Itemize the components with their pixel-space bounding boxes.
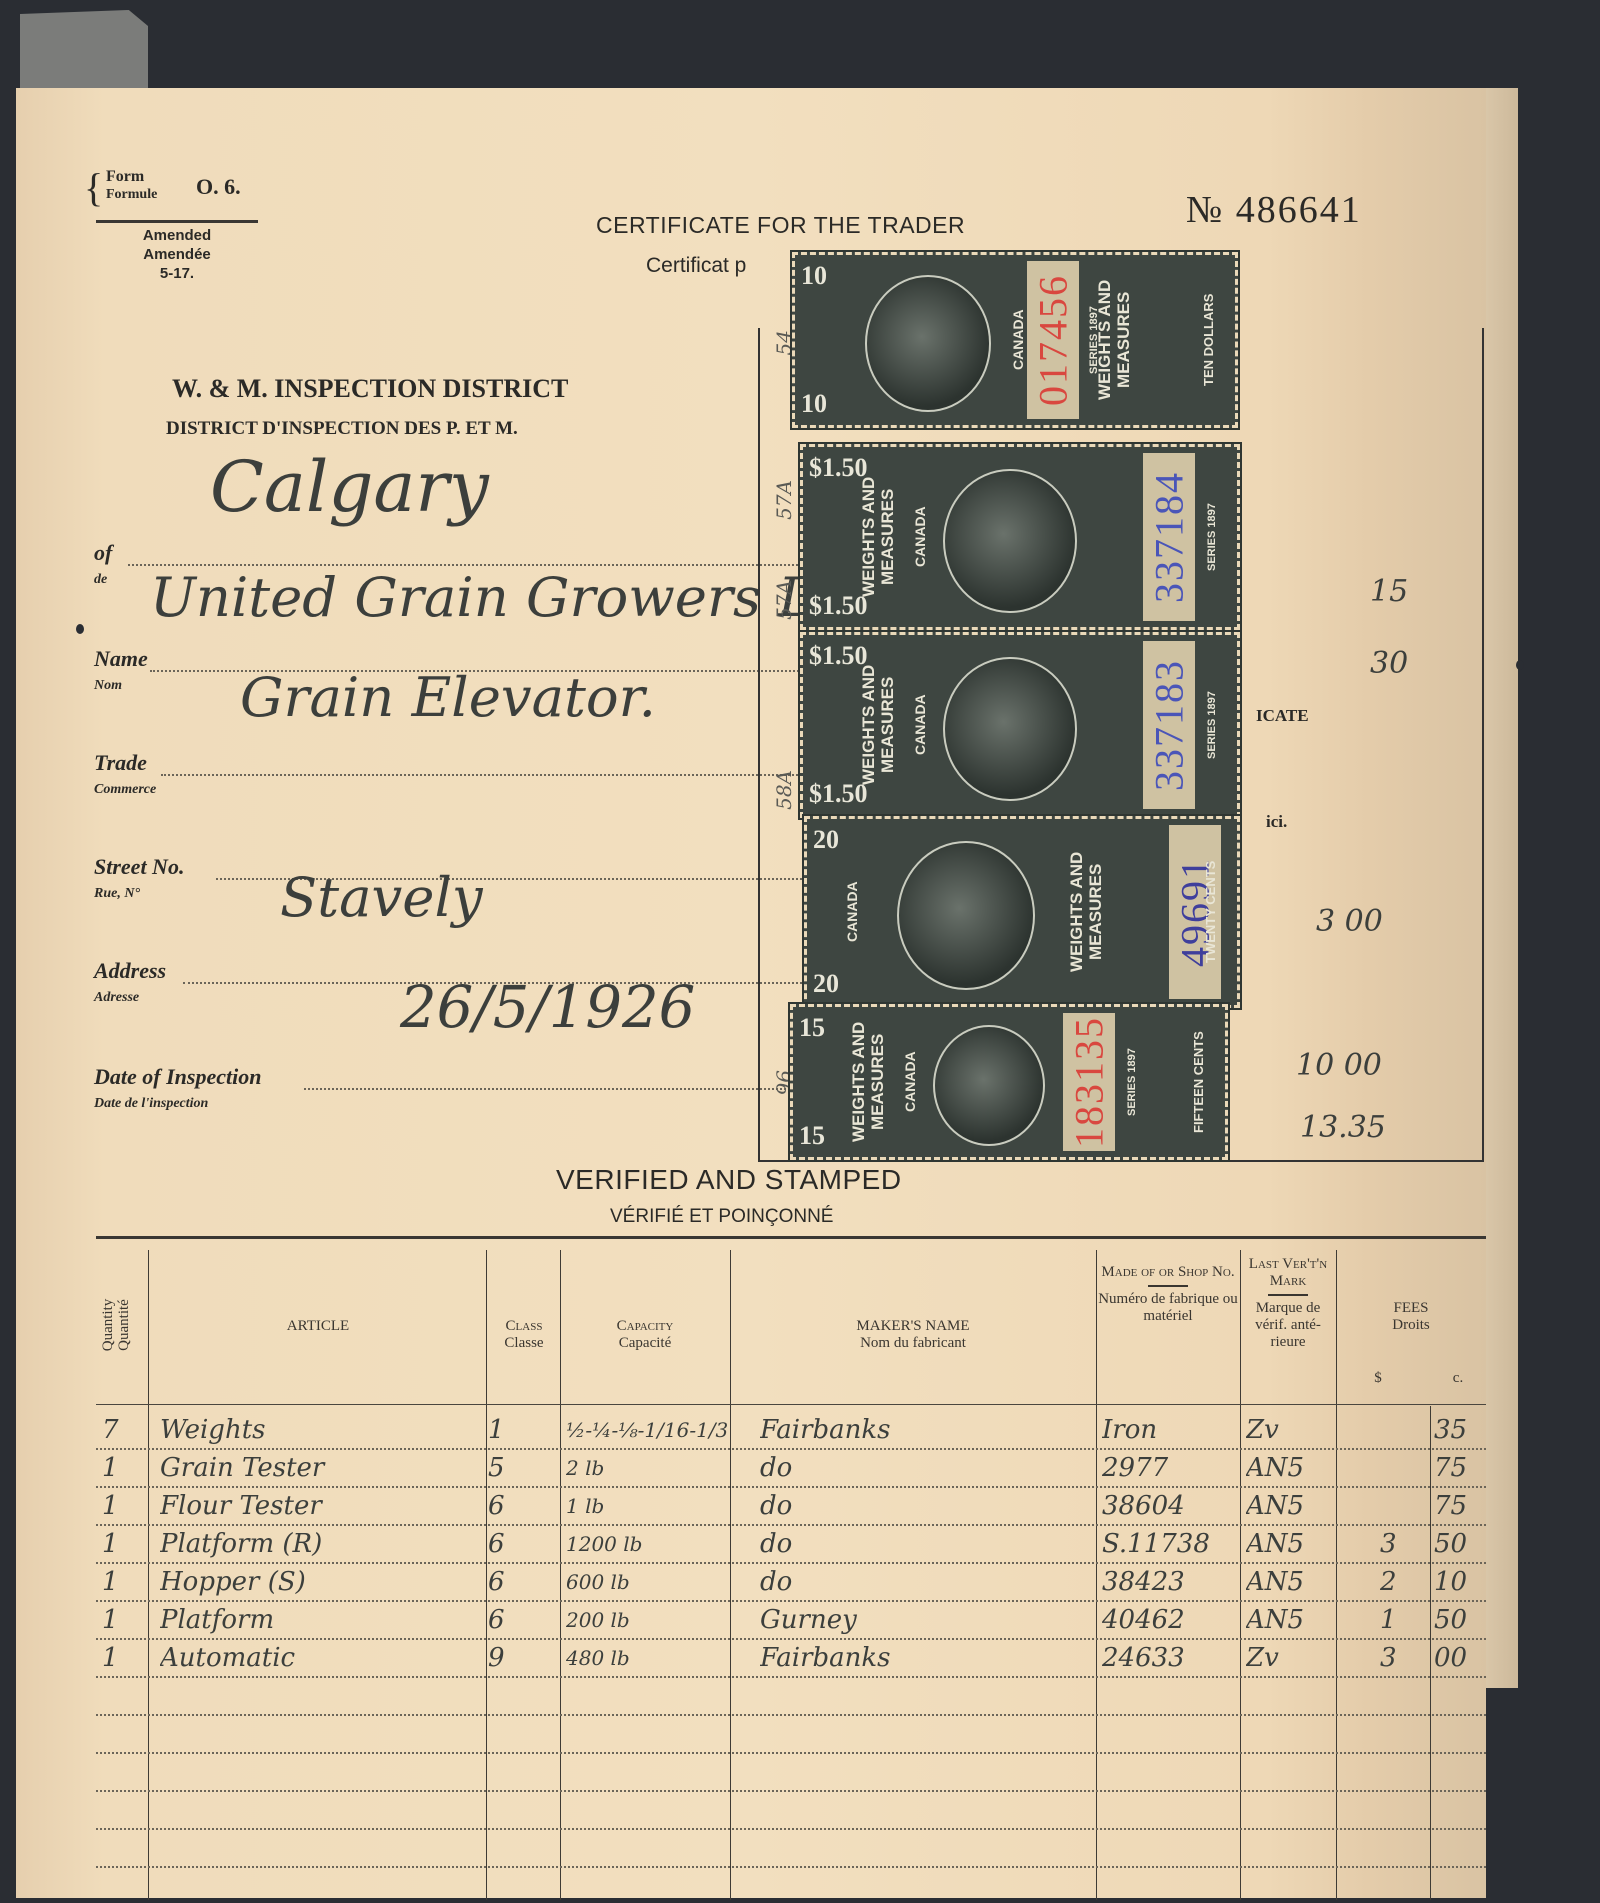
cell-class: 5	[488, 1448, 548, 1488]
stamp-series: SERIES 1897	[1085, 269, 1103, 411]
cell-maker: Gurney	[760, 1600, 1090, 1640]
cell-last-mark: AN5	[1246, 1448, 1334, 1488]
stamp-value: 15	[799, 1121, 825, 1151]
cell-qty: 1	[102, 1562, 146, 1602]
header-article: ARTICLE	[148, 1318, 488, 1335]
stamp-title: WEIGHTS AND MEASURES	[1067, 825, 1107, 999]
col-divider	[148, 1250, 149, 1900]
col-divider	[1336, 1250, 1337, 1900]
field-label-0: of	[94, 540, 112, 566]
row-dotted-rule	[96, 1790, 1486, 1792]
form-code: O. 6.	[196, 174, 241, 200]
side-note: 57A	[772, 480, 796, 520]
cell-shop-no: Iron	[1102, 1410, 1238, 1450]
cell-last-mark: AN5	[1246, 1600, 1334, 1640]
header-last-mark-en: Last Ver't'n Mark	[1240, 1256, 1336, 1290]
col-divider	[486, 1250, 487, 1900]
form-divider	[96, 220, 258, 223]
cell-qty: 1	[102, 1600, 146, 1640]
number-prefix: №	[1186, 189, 1224, 231]
stamp-portrait	[943, 657, 1077, 801]
stamp-country: CANADA	[911, 457, 930, 617]
field-label-2: Trade	[94, 750, 147, 776]
col-divider-cents	[1430, 1406, 1431, 1900]
cell-capacity: 1200 lb	[566, 1524, 728, 1564]
header-fees-fr: Droits	[1336, 1317, 1486, 1334]
cell-fee-cents: 75	[1434, 1448, 1484, 1488]
cell-class: 9	[488, 1638, 548, 1678]
header-capacity-en: Capacity	[560, 1318, 730, 1335]
cell-maker: Fairbanks	[760, 1410, 1090, 1450]
header-cents: c.	[1448, 1370, 1468, 1387]
cell-capacity: ½-¼-⅛-1/16-1/32	[566, 1410, 728, 1450]
stamp-series: SERIES 1897	[1123, 1021, 1141, 1143]
stamp-portrait	[943, 469, 1077, 613]
cell-class: 1	[488, 1410, 548, 1450]
cell-fee-dollars: 2	[1380, 1562, 1424, 1602]
col-divider	[560, 1250, 561, 1900]
cell-fee-dollars: 1	[1380, 1600, 1424, 1640]
cell-maker: do	[760, 1486, 1090, 1526]
certificate-title: CERTIFICATE FOR THE TRADER	[596, 212, 965, 239]
cell-article: Automatic	[160, 1638, 480, 1678]
certificate-number: № 486641	[1186, 188, 1362, 232]
cell-capacity: 200 lb	[566, 1600, 728, 1640]
field-sublabel-5: Date de l'inspection	[94, 1096, 208, 1112]
stamp-country: CANADA	[901, 1017, 920, 1147]
stamp-value: 15	[799, 1013, 825, 1043]
stamp-series: SERIES 1897	[1203, 461, 1221, 613]
stamp-value: 20	[813, 969, 839, 999]
form-label: Form Formule	[106, 168, 157, 204]
revenue-stamp: 1515CANADAWEIGHTS AND MEASURES183135SERI…	[790, 1004, 1228, 1160]
cell-class: 6	[488, 1562, 548, 1602]
stamp-title: WEIGHTS AND MEASURES	[859, 641, 899, 809]
cell-last-mark: Zv	[1246, 1410, 1334, 1450]
cell-fee-dollars	[1380, 1410, 1424, 1450]
cell-article: Grain Tester	[160, 1448, 480, 1488]
field-dotted-line	[161, 774, 834, 776]
header-dollars: $	[1368, 1370, 1388, 1387]
cell-qty: 1	[102, 1524, 146, 1564]
cell-capacity: 480 lb	[566, 1638, 728, 1678]
cell-shop-no: 2977	[1102, 1448, 1238, 1488]
cell-capacity: 2 lb	[566, 1448, 728, 1488]
cell-fee-dollars	[1380, 1448, 1424, 1488]
stamp-country: CANADA	[911, 645, 930, 805]
header-maker-en: MAKER'S NAME	[730, 1318, 1096, 1335]
cell-last-mark: AN5	[1246, 1524, 1334, 1564]
stamp-value: 20	[813, 825, 839, 855]
row-dotted-rule	[96, 1714, 1486, 1716]
cell-last-mark: Zv	[1246, 1638, 1334, 1678]
cell-qty: 7	[102, 1410, 146, 1450]
revenue-stamp: $1.50$1.50CANADAWEIGHTS AND MEASURES3371…	[800, 444, 1240, 630]
cell-last-mark: AN5	[1246, 1562, 1334, 1602]
district-title-fr: DISTRICT D'INSPECTION DES P. ET M.	[166, 418, 518, 440]
field-sublabel-1: Nom	[94, 678, 122, 694]
cell-article: Platform	[160, 1600, 480, 1640]
field-value-5: 26/5/1926	[400, 974, 695, 1041]
cell-article: Hopper (S)	[160, 1562, 480, 1602]
stamp-country: CANADA	[1009, 265, 1028, 415]
table-top-rule	[96, 1236, 1486, 1239]
fee-note: 3 00	[1316, 904, 1383, 939]
cell-qty: 1	[102, 1448, 146, 1488]
stamp-portrait	[897, 841, 1035, 990]
amended-fr: Amendée	[96, 245, 258, 264]
header-fees-en: FEES	[1336, 1300, 1486, 1317]
stamp-words: FIFTEEN CENTS	[1189, 1015, 1209, 1149]
stamp-serial: 017456	[1027, 261, 1079, 419]
amended-date: 5-17.	[96, 264, 258, 283]
col-divider	[730, 1250, 731, 1900]
cell-article: Flour Tester	[160, 1486, 480, 1526]
cell-shop-no: 40462	[1102, 1600, 1238, 1640]
header-quantity-fr: Quantité	[116, 1270, 132, 1380]
stamp-title: WEIGHTS AND MEASURES	[859, 453, 899, 621]
revenue-stamp: 1010CANADAWEIGHTS AND MEASURES017456SERI…	[792, 252, 1238, 428]
header-class-en: Class	[486, 1318, 562, 1335]
field-dotted-line	[304, 1088, 834, 1090]
field-sublabel-3: Rue, N°	[94, 886, 140, 902]
cell-maker: Fairbanks	[760, 1638, 1090, 1678]
row-dotted-rule	[96, 1676, 1486, 1678]
cell-shop-no: 38604	[1102, 1486, 1238, 1526]
cell-article: Platform (R)	[160, 1524, 480, 1564]
fee-note: 13.35	[1300, 1110, 1386, 1145]
header-quantity: Quantity Quantité	[100, 1290, 150, 1400]
cell-maker: do	[760, 1524, 1090, 1564]
cell-shop-no: S.11738	[1102, 1524, 1238, 1564]
side-note: 57A	[772, 580, 796, 620]
col-divider	[1240, 1250, 1241, 1900]
stamp-words: TWENTY CENTS	[1201, 827, 1221, 997]
paper-edge	[1486, 88, 1518, 1688]
stamp-value: 10	[801, 261, 827, 291]
form-label-en: Form	[106, 168, 157, 186]
stamp-portrait	[865, 275, 991, 412]
header-last-mark-fr: Marque de vérif. anté-rieure	[1240, 1300, 1336, 1351]
row-dotted-rule	[96, 1752, 1486, 1754]
field-sublabel-2: Commerce	[94, 782, 156, 798]
number-value: 486641	[1236, 189, 1362, 231]
cell-last-mark: AN5	[1246, 1486, 1334, 1526]
cell-fee-cents: 75	[1434, 1486, 1484, 1526]
header-shop-no-en: Made of or Shop No.	[1096, 1264, 1240, 1281]
cell-capacity: 600 lb	[566, 1562, 728, 1602]
fee-note: 30	[1370, 646, 1408, 681]
stamp-series: SERIES 1897	[1203, 649, 1221, 801]
field-label-5: Date of Inspection	[94, 1064, 261, 1090]
header-maker-fr: Nom du fabricant	[730, 1335, 1096, 1352]
amended-en: Amended	[96, 226, 258, 245]
form-label-fr: Formule	[106, 186, 157, 204]
cell-fee-dollars	[1380, 1486, 1424, 1526]
cell-class: 6	[488, 1486, 548, 1526]
cell-shop-no: 24633	[1102, 1638, 1238, 1678]
box-text-certificate: ICATE	[1256, 706, 1309, 726]
form-brace: {	[84, 168, 103, 208]
box-text-ici: ici.	[1266, 812, 1287, 832]
punch-hole	[76, 624, 84, 634]
field-label-4: Address	[94, 958, 166, 984]
field-sublabel-4: Adresse	[94, 990, 139, 1006]
header-quantity-en: Quantity	[100, 1270, 116, 1380]
stamp-words: TEN DOLLARS	[1199, 263, 1219, 417]
cell-article: Weights	[160, 1410, 480, 1450]
punch-hole	[1516, 660, 1524, 670]
header-class-fr: Classe	[486, 1335, 562, 1352]
stamp-value: 10	[801, 389, 827, 419]
field-value-2: Grain Elevator.	[240, 666, 656, 729]
header-capacity-fr: Capacité	[560, 1335, 730, 1352]
col-divider	[1096, 1250, 1097, 1900]
verified-title-fr: VÉRIFIÉ ET POINÇONNÉ	[610, 1206, 833, 1228]
row-dotted-rule	[96, 1828, 1486, 1830]
district-title: W. & M. INSPECTION DISTRICT	[172, 374, 568, 404]
stamp-title: WEIGHTS AND MEASURES	[849, 1013, 889, 1151]
row-dotted-rule	[96, 1866, 1486, 1868]
cell-fee-cents: 35	[1434, 1410, 1484, 1450]
fee-note: 10 00	[1296, 1048, 1382, 1083]
field-value-4: Stavely	[280, 866, 483, 929]
revenue-stamp: $1.50$1.50CANADAWEIGHTS AND MEASURES3371…	[800, 632, 1240, 818]
cell-shop-no: 38423	[1102, 1562, 1238, 1602]
field-value-0: Calgary	[210, 446, 489, 528]
field-label-3: Street No.	[94, 854, 184, 880]
field-sublabel-0: de	[94, 572, 107, 588]
fee-note: 15	[1370, 574, 1408, 609]
cell-capacity: 1 lb	[566, 1486, 728, 1526]
verified-title: VERIFIED AND STAMPED	[556, 1164, 902, 1196]
header-fees: FEES Droits	[1336, 1300, 1486, 1334]
cell-fee-cents: 50	[1434, 1524, 1484, 1564]
header-bottom-rule	[96, 1404, 1486, 1405]
header-shop-no: Made of or Shop No. Numéro de fabrique o…	[1096, 1264, 1240, 1325]
cell-fee-dollars: 3	[1380, 1638, 1424, 1678]
cell-class: 6	[488, 1600, 548, 1640]
cell-fee-cents: 50	[1434, 1600, 1484, 1640]
stamp-serial: 337184	[1143, 453, 1195, 621]
certificate-title-fr: Certificat p	[646, 254, 746, 278]
side-note: 58A	[772, 770, 796, 810]
cell-fee-cents: 10	[1434, 1562, 1484, 1602]
header-class: Class Classe	[486, 1318, 562, 1352]
field-label-1: Name	[94, 646, 148, 672]
cell-class: 6	[488, 1524, 548, 1564]
cell-qty: 1	[102, 1638, 146, 1678]
header-last-mark: Last Ver't'n Mark Marque de vérif. anté-…	[1240, 1256, 1336, 1351]
amended-block: Amended Amendée 5-17.	[96, 226, 258, 283]
stamp-serial: 337183	[1143, 641, 1195, 809]
cell-fee-cents: 00	[1434, 1638, 1484, 1678]
revenue-stamp: 2020CANADAWEIGHTS AND MEASURES49691TWENT…	[804, 816, 1240, 1008]
cell-maker: do	[760, 1448, 1090, 1488]
cell-fee-dollars: 3	[1380, 1524, 1424, 1564]
header-maker: MAKER'S NAME Nom du fabricant	[730, 1318, 1096, 1352]
cell-maker: do	[760, 1562, 1090, 1602]
cell-qty: 1	[102, 1486, 146, 1526]
header-capacity: Capacity Capacité	[560, 1318, 730, 1352]
header-shop-no-fr: Numéro de fabrique ou matériel	[1096, 1291, 1240, 1325]
adhesive-tape	[20, 10, 148, 90]
stamp-serial: 183135	[1063, 1013, 1115, 1151]
stamp-portrait	[933, 1025, 1045, 1146]
stamp-country: CANADA	[843, 829, 862, 995]
